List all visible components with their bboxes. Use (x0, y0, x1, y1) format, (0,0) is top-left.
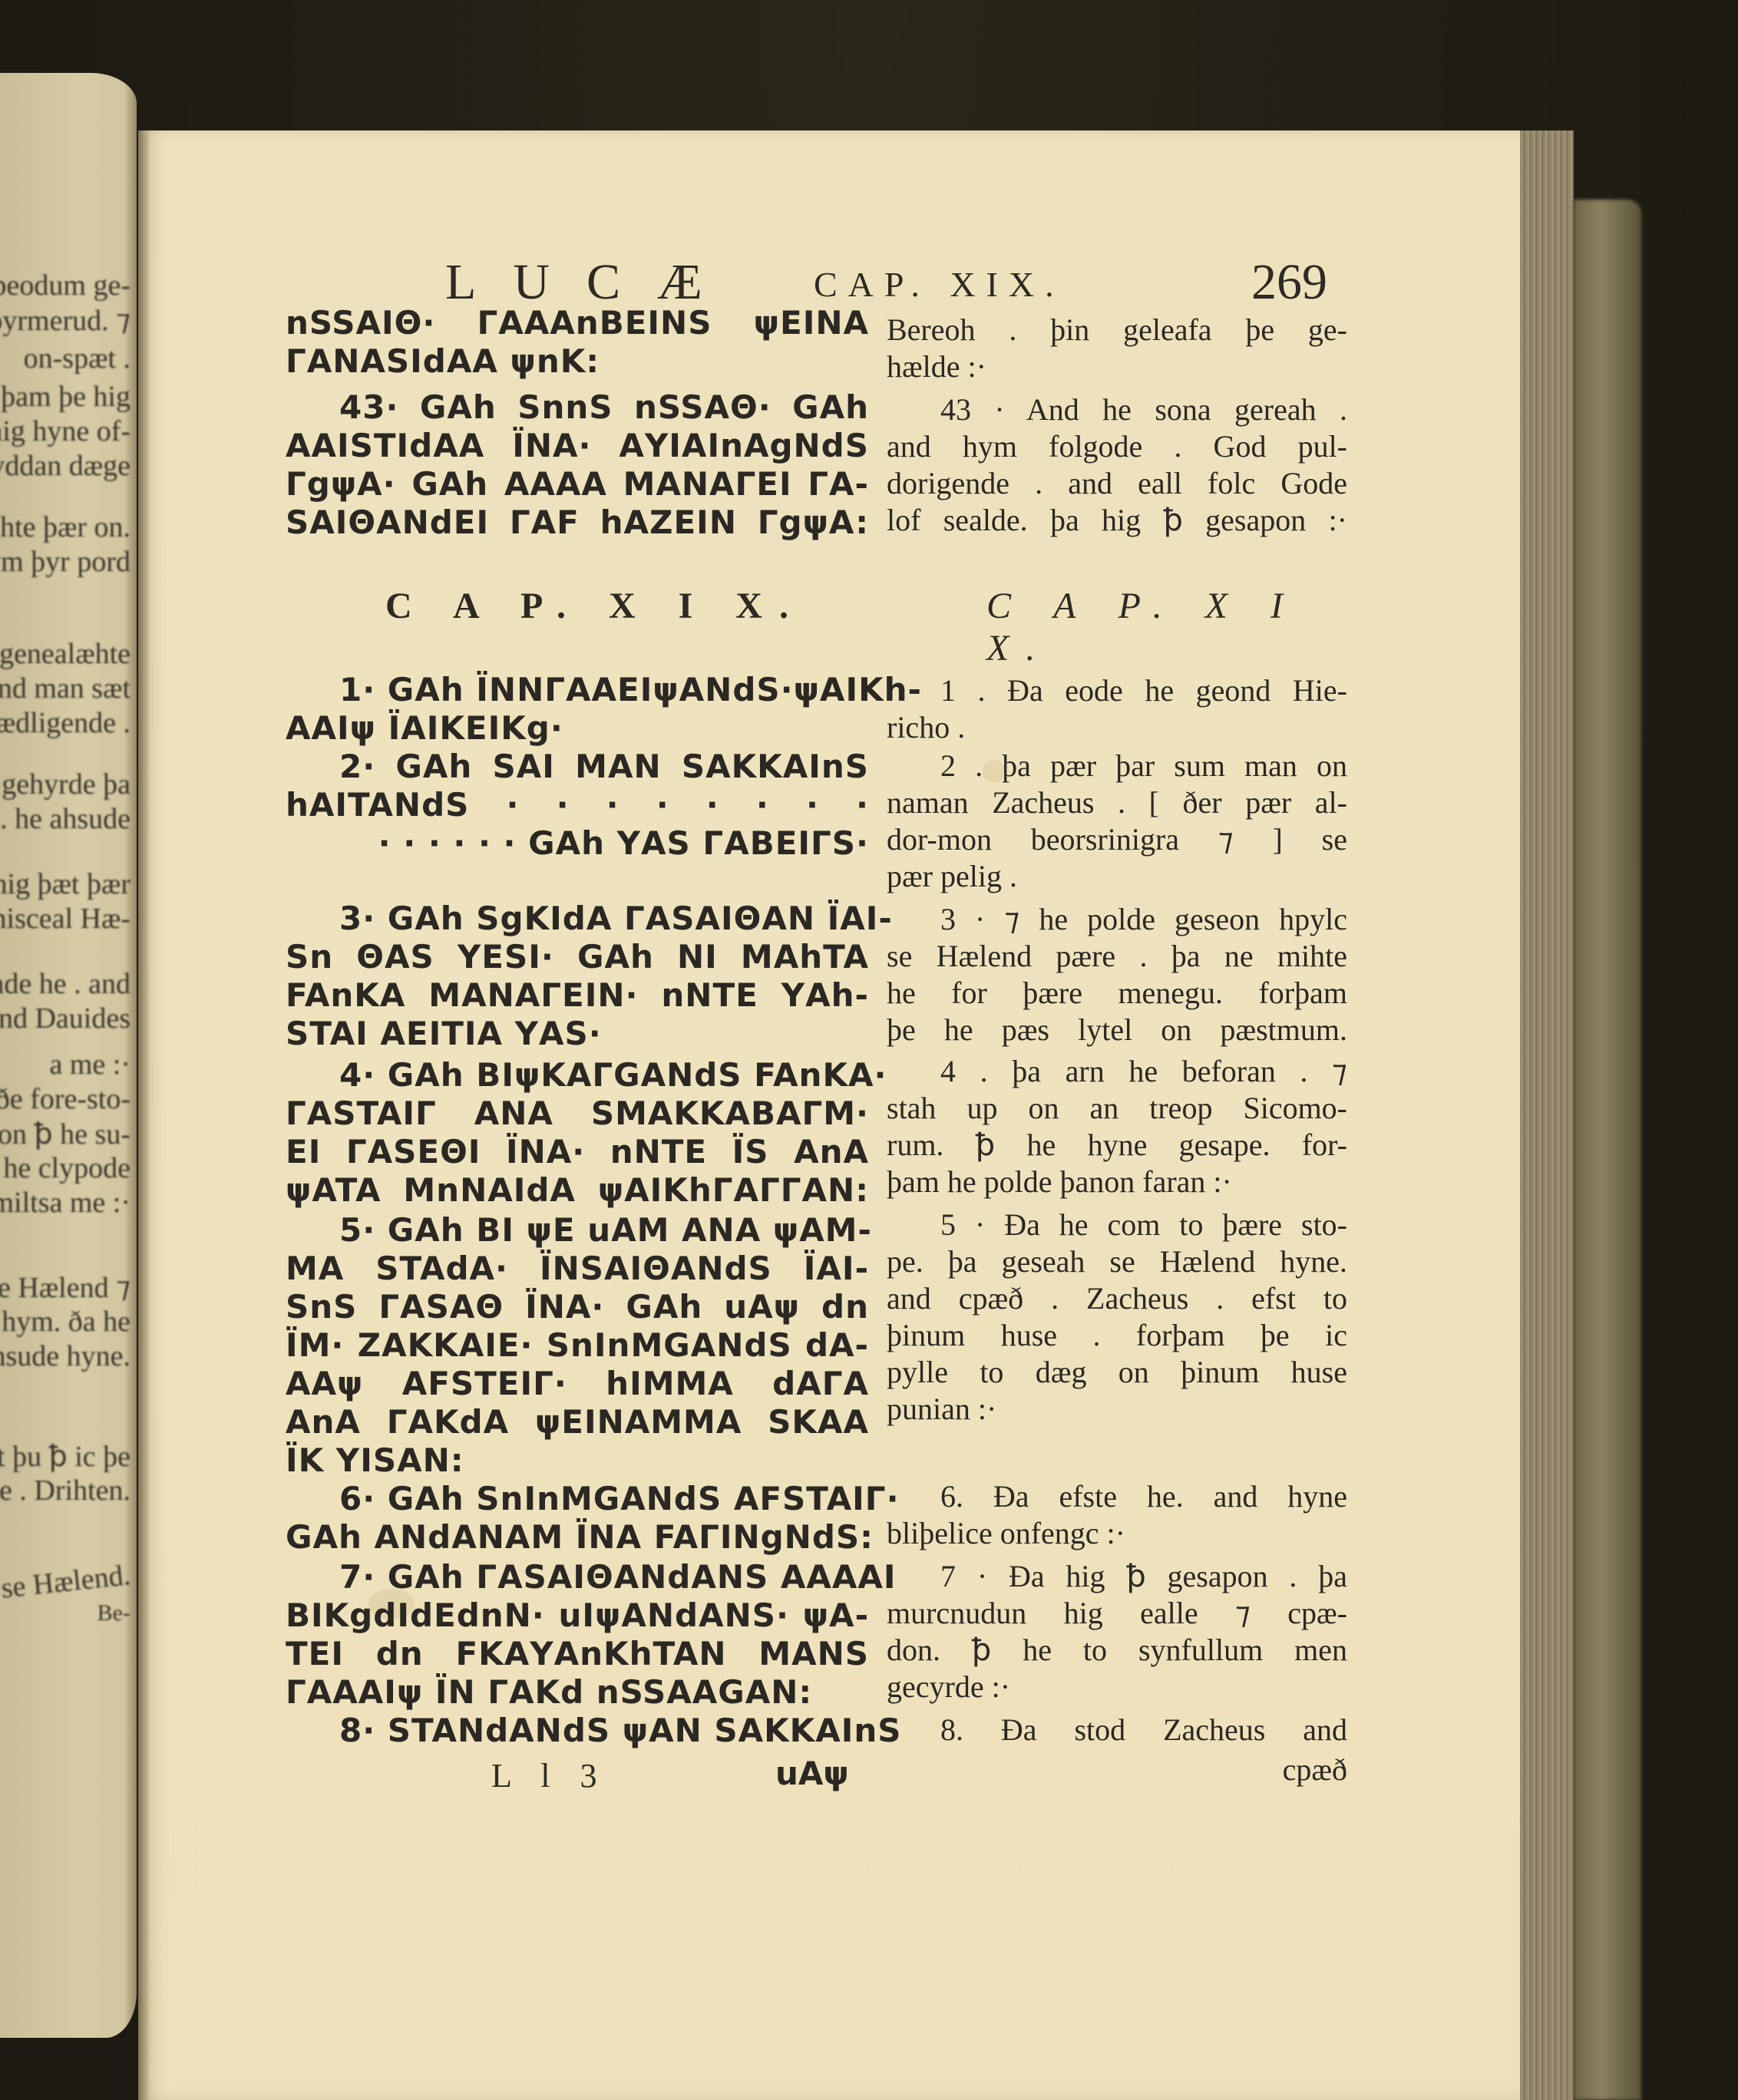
gothic-line: AAIψ ÏAIKEIKg· (286, 712, 869, 745)
left-page-line: od se Hælend ⁊ (0, 1270, 131, 1305)
oe-verse-2: 2 . þa pær þar sum man on (887, 751, 1347, 781)
oe-line: pær pelig . (887, 861, 1347, 892)
book-fore-edge (1520, 130, 1574, 2100)
oe-line: and hym folgode . God pul- (887, 431, 1347, 462)
left-page-line: he ahsude hyne. (0, 1339, 131, 1373)
oe-line: stah up on an treop Sicomo- (887, 1093, 1347, 1124)
left-page-line: blind man sæt (0, 672, 131, 705)
oe-verse-43: 43 · And he sona gereah . (887, 395, 1347, 425)
gothic-line: AnA ΓAKdA ψEINAMMA SKAA (286, 1406, 869, 1438)
gothic-verse-3: 3· GAh SgKIdA ΓASAIΘAN ÏAI- (286, 903, 869, 935)
oe-verse-1: 1 . Ða eode he geond Hie- (887, 675, 1347, 706)
gothic-verse-7: 7· GAh ΓASAIΘANdANS AAAAI (286, 1561, 869, 1593)
oe-line: dor-mon beorsrinigra ⁊ ] se (887, 824, 1347, 855)
oe-line: don. ꝥ he to synfullum men (887, 1635, 1347, 1666)
gothic-line: BIKgdIdEdnN· uIψANdANS· ψA- (286, 1600, 869, 1632)
gothic-verse-6: 6· GAh SnInMGANdS AFSTAIΓ· (286, 1483, 869, 1515)
gothic-verse-2: 2· GAh SAI MAN SAKKAInS (286, 751, 869, 783)
left-page-line: nahte þær on. (0, 510, 131, 544)
left-page-line: ym þyr pord (0, 545, 131, 579)
oe-verse-7: 7 · Ða hig ꝥ gesapon . þa (887, 1561, 1347, 1592)
oe-line: dorigende . and eall folc Gode (887, 468, 1347, 499)
left-page-line: ymde he . and (0, 967, 131, 1001)
gothic-line: ΓgψA· GAh AAAA MANAΓEI ΓA- (286, 468, 869, 500)
oe-line: þinum huse . forþam þe ic (887, 1320, 1347, 1351)
printer-signature: L l 3 (491, 1756, 607, 1795)
oe-verse-8: 8. Ða stod Zacheus and (887, 1715, 1347, 1745)
gothic-line: ΓASTAIΓ ANA SMAKKABAΓM· (286, 1098, 869, 1130)
left-page-catchword: Be- (97, 1600, 131, 1626)
left-page-line: e . he ahsude (0, 802, 131, 836)
gutter (138, 130, 149, 2100)
left-page-line: Hælend Dauides (0, 1002, 131, 1035)
left-page-edge: þeodum ge- byrmerud. ⁊ on-spæt . ter þam… (0, 73, 137, 2038)
gothic-line: ÏK ΥISAN: (286, 1445, 869, 1477)
gothic-line: ΓANASIdAA ψnK: (286, 345, 869, 378)
oe-verse-3: 3 · ⁊ he polde geseon hpylc (887, 904, 1347, 935)
left-page-line: on-spæt . (24, 342, 131, 375)
page-number: 269 (1251, 253, 1327, 312)
oe-verse-6: 6. Ða efste he. and hyne (887, 1481, 1347, 1512)
gothic-line: STAI AEITIA ΥAS· (286, 1018, 869, 1050)
oe-line: rum. ꝥ he hyne gesape. for- (887, 1130, 1347, 1161)
left-page-line: ter þam þe hig (0, 380, 131, 414)
gothic-line: MA STAdA· ÏNSAIΘANdS ÏAI- (286, 1253, 869, 1285)
gothic-line: Sn ΘAS ΥESI· GAh NI MAhTA (286, 941, 869, 973)
oe-line: naman Zacheus . [ ðer pær al- (887, 787, 1347, 818)
gothic-catchword: uAψ (775, 1755, 849, 1792)
gothic-verse-43: 43· GAh SnnS nSSAΘ· GAh (286, 391, 869, 424)
gothic-line: FAnKA MANAΓEIN· nNTE ΥAh- (286, 979, 869, 1012)
gothic-verse-5: 5· GAh BI ψE uAM ANA ψAM- (286, 1214, 869, 1246)
left-page-line: ðe fore-sto- (0, 1082, 131, 1116)
left-page-line: he genealæhte (0, 637, 131, 671)
gothic-line: nSSAIΘ· ΓAAAnBEINS ψEINA (286, 307, 869, 339)
left-page-line: eadon ꝥ he su- (0, 1117, 131, 1151)
left-page-line: pylt þu ꝥ ic þe (0, 1439, 131, 1474)
left-page-line: n to hym. ða he (0, 1305, 131, 1339)
left-page-line: on hig þæt þær (0, 867, 131, 901)
oe-verse-5: 5 · Ða he com to þære sto- (887, 1210, 1347, 1240)
gothic-verse-4: 4· GAh BIψKAΓGANdS FAnKA· (286, 1059, 869, 1091)
oe-line: hælde :· (887, 352, 1347, 382)
gothic-line: EI ΓASEΘI ÏNA· nNTE ÏS AnA (286, 1136, 869, 1168)
left-page-line: ma he clypode (0, 1151, 131, 1185)
book-cover-edge (1574, 200, 1641, 2100)
oe-line: bliþelice onfengc :· (887, 1518, 1347, 1549)
left-page-line: gemiltsa me :· (0, 1186, 131, 1220)
gothic-line: hAITANdS · · · · · · · · (286, 789, 869, 821)
left-page-line: byrmerud. ⁊ (0, 303, 131, 338)
oe-catchword: cpæð (887, 1755, 1347, 1785)
gothic-line: · · · · · · GAh ΥAS ΓABEIΓS· (286, 827, 869, 860)
oe-line: punian :· (887, 1394, 1347, 1425)
left-page-line: ædligende . (0, 706, 131, 740)
oe-line: richo . (887, 712, 1347, 743)
gothic-line: AAISTIdAA ÏNA· AΥIAInAgNdS (286, 430, 869, 462)
oe-line: lof sealde. þa hig ꝥ gesapon :· (887, 505, 1347, 536)
left-page-line: þryddan dæge (0, 449, 131, 483)
left-page-line: a me :· (49, 1048, 131, 1081)
left-page-line: arenisceal Hæ- (0, 902, 131, 936)
oe-line: pylle to dæg on þinum huse (887, 1357, 1347, 1388)
gothic-line: SAIΘANdEI ΓAF hAZEIN ΓgψA: (286, 507, 869, 539)
book-title: LUCÆ (445, 253, 739, 312)
oe-chapter-heading: C A P. X I X. (986, 585, 1347, 669)
oe-line: gecyrde :· (887, 1672, 1347, 1702)
gothic-line: ΓAAAIψ ÏN ΓAKd nSSAAGAN: (286, 1676, 869, 1709)
left-page-line: ð he . Drihten. (0, 1474, 131, 1507)
oe-line: he for þære menegu. forþam (887, 978, 1347, 1009)
gothic-line: GAh ANdANAM ÏNA FAΓINgNdS: (286, 1521, 869, 1554)
oe-line: and cpæð . Zacheus . efst to (887, 1283, 1347, 1314)
oe-verse-4: 4 . þa arn he beforan . ⁊ (887, 1056, 1347, 1087)
oe-line: murcnudun hig ealle ⁊ cpæ- (887, 1598, 1347, 1629)
gothic-line: ÏM· ZAKKAIE· SnInMGANdS dA- (286, 1329, 869, 1362)
oe-line: þam he polde þanon faran :· (887, 1167, 1347, 1197)
chapter-label: CAP. XIX. (814, 264, 1065, 305)
gothic-line: AAψ AFSTEIΓ· hIMMA dAΓA (286, 1368, 869, 1400)
gothic-line: SnS ΓASAΘ ÏNA· GAh uAψ dn (286, 1291, 869, 1323)
oe-line: se Hælend pære . þa ne mihte (887, 941, 1347, 972)
left-page-line: þeodum ge- (0, 269, 131, 302)
gothic-verse-8: 8· STANdANdS ψAN SAKKAInS (286, 1715, 869, 1747)
oe-line: Bereoh . þin geleafa þe ge- (887, 315, 1347, 345)
gothic-line: TEI dn FKAΥAnKhTAN MANS (286, 1638, 869, 1670)
oe-line: þe he pæs lytel on pæstmum. (887, 1015, 1347, 1045)
gothic-chapter-heading: C A P. X I X. (385, 585, 805, 627)
oe-line: pe. þa geseah se Hælend hyne. (887, 1246, 1347, 1277)
gothic-verse-1: 1· GAh ÏNNΓAAEIψANdS·ψAIKh- (286, 674, 869, 706)
left-page-line: he gehyrde þa (0, 768, 131, 801)
gothic-line: ψATA MnNAIdA ψAIKhΓAΓΓAN: (286, 1174, 869, 1207)
left-page-line: hig hyne of- (0, 414, 131, 448)
